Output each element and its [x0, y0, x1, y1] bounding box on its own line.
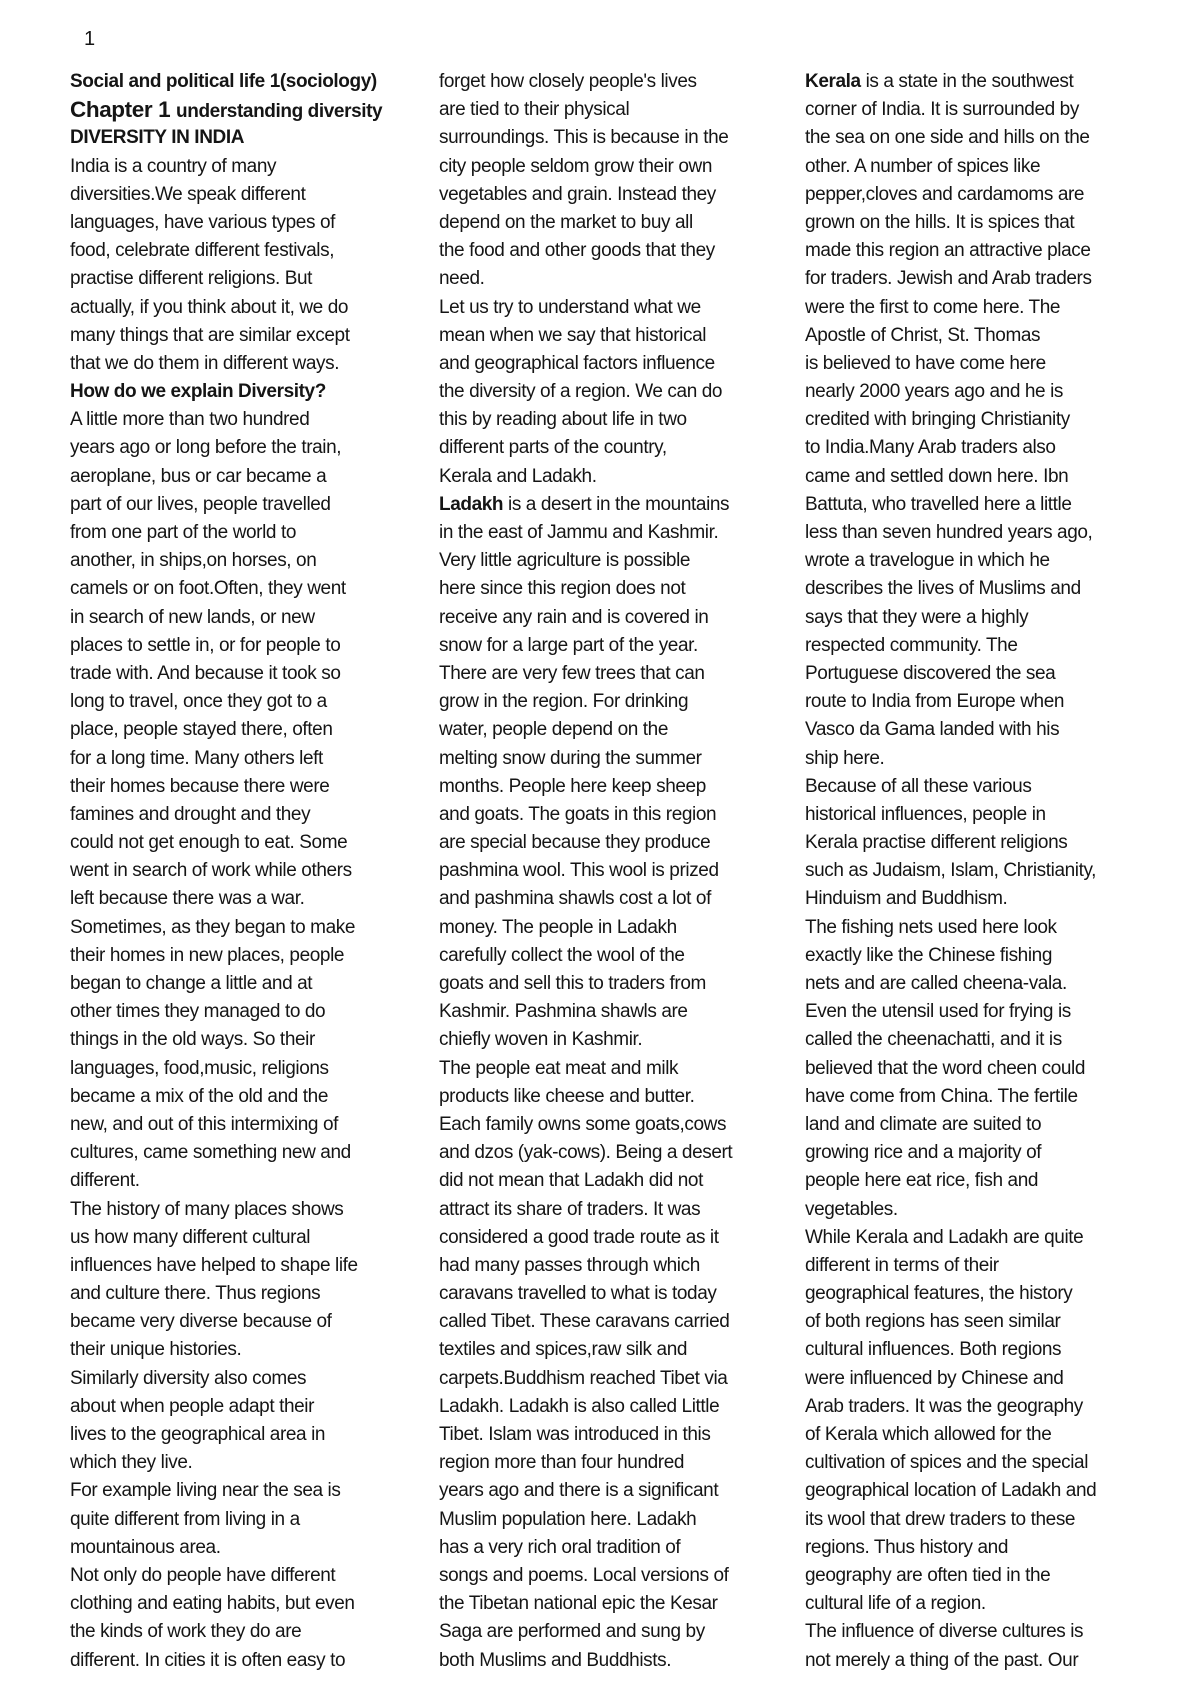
text-line: years ago and there is a significant	[439, 1477, 769, 1505]
bold-text-run: Social and political life 1(sociology)	[70, 71, 377, 92]
text-line: mountainous area.	[70, 1534, 400, 1562]
text-line: mean when we say that historical	[439, 322, 769, 350]
text-line: nets and are called cheena-vala.	[805, 970, 1135, 998]
text-line: Battuta, who travelled here a little	[805, 491, 1135, 519]
text-line: India is a country of many	[70, 153, 400, 181]
text-line: Muslim population here. Ladakh	[439, 1506, 769, 1534]
text-line: pepper,cloves and cardamoms are	[805, 181, 1135, 209]
text-line: food, celebrate different festivals,	[70, 237, 400, 265]
text-line: became very diverse because of	[70, 1308, 400, 1336]
text-line: went in search of work while others	[70, 857, 400, 885]
text-line: forget how closely people's lives	[439, 68, 769, 96]
text-line: has a very rich oral tradition of	[439, 1534, 769, 1562]
text-line: their unique histories.	[70, 1336, 400, 1364]
text-line: historical influences, people in	[805, 801, 1135, 829]
text-line: called Tibet. These caravans carried	[439, 1308, 769, 1336]
text-line: geography are often tied in the	[805, 1562, 1135, 1590]
text-line: chiefly woven in Kashmir.	[439, 1026, 769, 1054]
text-line: Portuguese discovered the sea	[805, 660, 1135, 688]
text-line: did not mean that Ladakh did not	[439, 1167, 769, 1195]
text-line: called the cheenachatti, and it is	[805, 1026, 1135, 1054]
bold-text-run: Chapter 1	[70, 97, 176, 122]
text-line: such as Judaism, Islam, Christianity,	[805, 857, 1135, 885]
text-line: Saga are performed and sung by	[439, 1618, 769, 1646]
text-line: that we do them in different ways.	[70, 350, 400, 378]
text-run: is a desert in the mountains	[503, 494, 729, 515]
text-line: other times they managed to do	[70, 998, 400, 1026]
text-line: goats and sell this to traders from	[439, 970, 769, 998]
text-line: For example living near the sea is	[70, 1477, 400, 1505]
text-line: came and settled down here. Ibn	[805, 463, 1135, 491]
text-line: vegetables.	[805, 1196, 1135, 1224]
text-line: the diversity of a region. We can do	[439, 378, 769, 406]
text-line: and dzos (yak-cows). Being a desert	[439, 1139, 769, 1167]
text-line: in the east of Jammu and Kashmir.	[439, 519, 769, 547]
text-line: the kinds of work they do are	[70, 1618, 400, 1646]
text-line: trade with. And because it took so	[70, 660, 400, 688]
text-line: places to settle in, or for people to	[70, 632, 400, 660]
text-line: which they live.	[70, 1449, 400, 1477]
text-line: ship here.	[805, 745, 1135, 773]
text-line: the food and other goods that they	[439, 237, 769, 265]
text-line: describes the lives of Muslims and	[805, 575, 1135, 603]
text-line: made this region an attractive place	[805, 237, 1135, 265]
text-line: influences have helped to shape life	[70, 1252, 400, 1280]
text-line: are special because they produce	[439, 829, 769, 857]
text-line: Each family owns some goats,cows	[439, 1111, 769, 1139]
text-line: new, and out of this intermixing of	[70, 1111, 400, 1139]
text-line: depend on the market to buy all	[439, 209, 769, 237]
text-line: Let us try to understand what we	[439, 294, 769, 322]
text-line: Kerala practise different religions	[805, 829, 1135, 857]
text-line: here since this region does not	[439, 575, 769, 603]
text-line: another, in ships,on horses, on	[70, 547, 400, 575]
text-line: The fishing nets used here look	[805, 914, 1135, 942]
text-line: carpets.Buddhism reached Tibet via	[439, 1365, 769, 1393]
text-line: The influence of diverse cultures is	[805, 1618, 1135, 1646]
text-line: pashmina wool. This wool is prized	[439, 857, 769, 885]
text-line: respected community. The	[805, 632, 1135, 660]
text-line: receive any rain and is covered in	[439, 604, 769, 632]
text-line: of Kerala which allowed for the	[805, 1421, 1135, 1449]
text-line: need.	[439, 265, 769, 293]
text-line: water, people depend on the	[439, 716, 769, 744]
text-line: for traders. Jewish and Arab traders	[805, 265, 1135, 293]
text-line: less than seven hundred years ago,	[805, 519, 1135, 547]
bold-text-run: DIVERSITY IN INDIA	[70, 127, 244, 148]
text-line: people here eat rice, fish and	[805, 1167, 1135, 1195]
text-line: months. People here keep sheep	[439, 773, 769, 801]
text-line: Vasco da Gama landed with his	[805, 716, 1135, 744]
text-line: camels or on foot.Often, they went	[70, 575, 400, 603]
text-line: aeroplane, bus or car became a	[70, 463, 400, 491]
text-line: place, people stayed there, often	[70, 716, 400, 744]
text-line: grow in the region. For drinking	[439, 688, 769, 716]
text-line: different parts of the country,	[439, 434, 769, 462]
text-line: geographical location of Ladakh and	[805, 1477, 1135, 1505]
text-line: for a long time. Many others left	[70, 745, 400, 773]
text-line: their homes in new places, people	[70, 942, 400, 970]
text-line: The history of many places shows	[70, 1196, 400, 1224]
text-line: practise different religions. But	[70, 265, 400, 293]
text-line: famines and drought and they	[70, 801, 400, 829]
text-line: While Kerala and Ladakh are quite	[805, 1224, 1135, 1252]
bold-text-run: Kerala	[805, 71, 861, 92]
text-line: Kashmir. Pashmina shawls are	[439, 998, 769, 1026]
text-line: us how many different cultural	[70, 1224, 400, 1252]
text-line: Hinduism and Buddhism.	[805, 885, 1135, 913]
text-line: this by reading about life in two	[439, 406, 769, 434]
text-line: diversities.We speak different	[70, 181, 400, 209]
text-line: different in terms of their	[805, 1252, 1135, 1280]
bold-text-run: understanding diversity	[176, 101, 382, 122]
text-line: and pashmina shawls cost a lot of	[439, 885, 769, 913]
text-line: quite different from living in a	[70, 1506, 400, 1534]
text-line: long to travel, once they got to a	[70, 688, 400, 716]
text-line: songs and poems. Local versions of	[439, 1562, 769, 1590]
text-line: part of our lives, people travelled	[70, 491, 400, 519]
text-line: Apostle of Christ, St. Thomas	[805, 322, 1135, 350]
text-line: Ladakh. Ladakh is also called Little	[439, 1393, 769, 1421]
text-line: The people eat meat and milk	[439, 1055, 769, 1083]
text-line: Tibet. Islam was introduced in this	[439, 1421, 769, 1449]
text-line: Not only do people have different	[70, 1562, 400, 1590]
text-line: Because of all these various	[805, 773, 1135, 801]
text-line: began to change a little and at	[70, 970, 400, 998]
text-line: of both regions has seen similar	[805, 1308, 1135, 1336]
text-line: languages, have various types of	[70, 209, 400, 237]
text-line: in search of new lands, or new	[70, 604, 400, 632]
text-line: growing rice and a majority of	[805, 1139, 1135, 1167]
text-line: land and climate are suited to	[805, 1111, 1135, 1139]
text-column-3: Kerala is a state in the southwestcorner…	[805, 68, 1135, 1675]
text-line: wrote a travelogue in which he	[805, 547, 1135, 575]
text-line: cultures, came something new and	[70, 1139, 400, 1167]
text-run: is a state in the southwest	[861, 71, 1074, 92]
text-line: cultivation of spices and the special	[805, 1449, 1135, 1477]
text-line: geographical features, the history	[805, 1280, 1135, 1308]
text-line: are tied to their physical	[439, 96, 769, 124]
text-line: credited with bringing Christianity	[805, 406, 1135, 434]
text-line: many things that are similar except	[70, 322, 400, 350]
text-line: There are very few trees that can	[439, 660, 769, 688]
text-line: corner of India. It is surrounded by	[805, 96, 1135, 124]
text-line: different. In cities it is often easy to	[70, 1647, 400, 1675]
text-line: attract its share of traders. It was	[439, 1196, 769, 1224]
text-line: cultural influences. Both regions	[805, 1336, 1135, 1364]
text-line: and culture there. Thus regions	[70, 1280, 400, 1308]
text-line: region more than four hundred	[439, 1449, 769, 1477]
text-line: languages, food,music, religions	[70, 1055, 400, 1083]
text-line: is believed to have come here	[805, 350, 1135, 378]
text-line: city people seldom grow their own	[439, 153, 769, 181]
text-line: and geographical factors influence	[439, 350, 769, 378]
text-line: says that they were a highly	[805, 604, 1135, 632]
text-line: lives to the geographical area in	[70, 1421, 400, 1449]
page-number: 1	[84, 28, 95, 51]
text-line: years ago or long before the train,	[70, 434, 400, 462]
text-line: DIVERSITY IN INDIA	[70, 124, 400, 152]
text-line: and goats. The goats in this region	[439, 801, 769, 829]
bold-text-run: How do we explain Diversity?	[70, 381, 326, 402]
text-line: Kerala and Ladakh.	[439, 463, 769, 491]
text-line: Similarly diversity also comes	[70, 1365, 400, 1393]
text-line: left because there was a war.	[70, 885, 400, 913]
text-line: nearly 2000 years ago and he is	[805, 378, 1135, 406]
text-line: Social and political life 1(sociology)	[70, 68, 400, 96]
text-line: its wool that drew traders to these	[805, 1506, 1135, 1534]
text-line: clothing and eating habits, but even	[70, 1590, 400, 1618]
text-line: other. A number of spices like	[805, 153, 1135, 181]
text-line: Sometimes, as they began to make	[70, 914, 400, 942]
text-line: cultural life of a region.	[805, 1590, 1135, 1618]
text-line: caravans travelled to what is today	[439, 1280, 769, 1308]
text-line: were the first to come here. The	[805, 294, 1135, 322]
text-line: surroundings. This is because in the	[439, 124, 769, 152]
text-line: their homes because there were	[70, 773, 400, 801]
text-line: money. The people in Ladakh	[439, 914, 769, 942]
text-line: actually, if you think about it, we do	[70, 294, 400, 322]
document-page: 1 Social and political life 1(sociology)…	[0, 0, 1200, 1698]
text-line: Ladakh is a desert in the mountains	[439, 491, 769, 519]
text-line: Kerala is a state in the southwest	[805, 68, 1135, 96]
text-line: Chapter 1 understanding diversity	[70, 96, 400, 124]
text-line: from one part of the world to	[70, 519, 400, 547]
text-line: about when people adapt their	[70, 1393, 400, 1421]
text-line: to India.Many Arab traders also	[805, 434, 1135, 462]
text-line: snow for a large part of the year.	[439, 632, 769, 660]
text-line: not merely a thing of the past. Our	[805, 1647, 1135, 1675]
text-line: grown on the hills. It is spices that	[805, 209, 1135, 237]
text-line: textiles and spices,raw silk and	[439, 1336, 769, 1364]
text-line: believed that the word cheen could	[805, 1055, 1135, 1083]
text-line: considered a good trade route as it	[439, 1224, 769, 1252]
text-line: How do we explain Diversity?	[70, 378, 400, 406]
text-line: Even the utensil used for frying is	[805, 998, 1135, 1026]
text-line: Very little agriculture is possible	[439, 547, 769, 575]
text-line: regions. Thus history and	[805, 1534, 1135, 1562]
text-line: the Tibetan national epic the Kesar	[439, 1590, 769, 1618]
text-line: exactly like the Chinese fishing	[805, 942, 1135, 970]
text-line: route to India from Europe when	[805, 688, 1135, 716]
text-line: carefully collect the wool of the	[439, 942, 769, 970]
text-line: the sea on one side and hills on the	[805, 124, 1135, 152]
text-line: have come from China. The fertile	[805, 1083, 1135, 1111]
text-line: things in the old ways. So their	[70, 1026, 400, 1054]
text-column-1: Social and political life 1(sociology)Ch…	[70, 68, 400, 1675]
text-line: Arab traders. It was the geography	[805, 1393, 1135, 1421]
text-line: different.	[70, 1167, 400, 1195]
text-line: melting snow during the summer	[439, 745, 769, 773]
text-line: became a mix of the old and the	[70, 1083, 400, 1111]
text-line: were influenced by Chinese and	[805, 1365, 1135, 1393]
text-column-2: forget how closely people's livesare tie…	[439, 68, 769, 1675]
text-line: vegetables and grain. Instead they	[439, 181, 769, 209]
text-line: could not get enough to eat. Some	[70, 829, 400, 857]
bold-text-run: Ladakh	[439, 494, 503, 515]
text-line: A little more than two hundred	[70, 406, 400, 434]
text-line: had many passes through which	[439, 1252, 769, 1280]
text-line: both Muslims and Buddhists.	[439, 1647, 769, 1675]
text-line: products like cheese and butter.	[439, 1083, 769, 1111]
